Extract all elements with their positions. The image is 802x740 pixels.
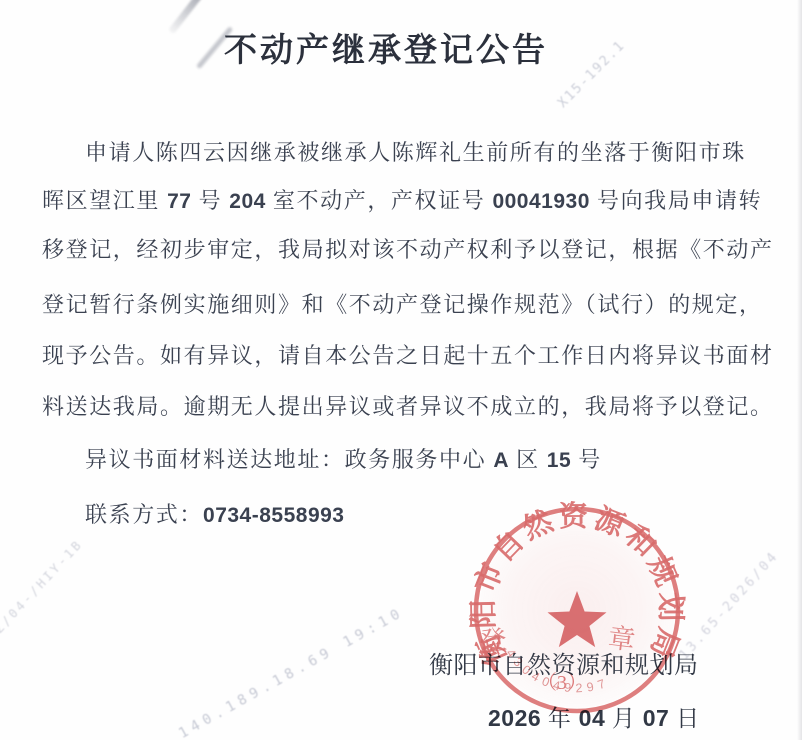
cjk-text-segment: 号向我局申请转 [590, 188, 762, 213]
contact-line: 联系方式：0734-8558993 [85, 498, 344, 529]
body-line: 现予公告。如有异议，请自本公告之日起十五个工作日内将异议书面材 [42, 339, 774, 370]
cjk-text-segment: 年 [541, 706, 579, 731]
scan-edge-shadow [797, 0, 802, 740]
body-line: 登记暂行条例实施细则》和《不动产登记操作规范》（试行）的规定， [42, 288, 763, 319]
seal-ring-text: 衡阳市自然资源和规划局 [467, 499, 688, 670]
cjk-text-segment: 晖区望江里 [42, 188, 167, 213]
latin-text-segment: 07 [643, 705, 670, 731]
latin-text-segment: 00041930 [492, 190, 589, 213]
body-line: 申请人陈四云因继承被继承人陈辉礼生前所有的坐落于衡阳市珠 [85, 136, 746, 167]
watermark-fragment: Z/04-/HIY-1B [0, 537, 86, 636]
cjk-text-segment: 区 [509, 447, 547, 472]
document-title: 不动产继承登记公告 [224, 24, 548, 71]
latin-text-segment: A [493, 449, 509, 472]
cjk-text-segment: 室不动产，产权证号 [266, 188, 493, 213]
cjk-text-segment: 登记暂行条例实施细则》和《不动产登记操作规范》（试行）的规定， [42, 292, 763, 317]
official-seal: 衡阳市自然资源和规划局 登 章 （3） 4304049297 [462, 498, 692, 728]
cjk-text-segment: 号 [571, 447, 602, 472]
seal-ring [476, 509, 678, 711]
seal-star-icon [548, 591, 607, 647]
body-line: 料送达我局。逾期无人提出异议或者异议不成立的，我局将予以登记。 [42, 390, 774, 421]
cjk-text-segment: 异议书面材料送达地址：政务服务中心 [85, 447, 493, 472]
scan-smudge [168, 0, 233, 34]
signature-organization: 衡阳市自然资源和规划局 [429, 645, 699, 680]
watermark-fragment: X15-192.1 [555, 38, 628, 111]
latin-text-segment: 2026 [488, 705, 541, 731]
cjk-text-segment: 料送达我局。逾期无人提出异议或者异议不成立的，我局将予以登记。 [42, 394, 774, 419]
cjk-text-segment: 号 [191, 188, 229, 213]
latin-text-segment: 0734-8558993 [203, 504, 344, 527]
latin-text-segment: 77 [167, 190, 191, 213]
objection-address-line: 异议书面材料送达地址：政务服务中心 A 区 15 号 [85, 443, 602, 474]
cjk-text-segment: 日 [669, 706, 700, 731]
body-line: 移登记，经初步审定，我局拟对该不动产权利予以登记，根据《不动产 [42, 233, 774, 264]
cjk-text-segment: 现予公告。如有异议，请自本公告之日起十五个工作日内将异议书面材 [42, 343, 774, 368]
signature-date: 2026 年 04 月 07 日 [488, 700, 700, 733]
latin-text-segment: 04 [579, 705, 606, 731]
cjk-text-segment: 联系方式： [85, 502, 203, 527]
cjk-text-segment: 申请人陈四云因继承被继承人陈辉礼生前所有的坐落于衡阳市珠 [85, 140, 746, 165]
body-line: 晖区望江里 77 号 204 室不动产，产权证号 00041930 号向我局申请… [42, 184, 762, 215]
seal-ring-text-holder: 衡阳市自然资源和规划局 [467, 499, 688, 670]
scanned-announcement-page: X15-192.1 Z/04-/HIY-1B 140.189.18.69 19:… [0, 0, 802, 740]
cjk-text-segment: 移登记，经初步审定，我局拟对该不动产权利予以登记，根据《不动产 [42, 237, 774, 262]
latin-text-segment: 204 [229, 190, 266, 213]
latin-text-segment: 15 [547, 449, 571, 472]
watermark-fragment: 140.189.18.69 19:10 [176, 604, 407, 740]
cjk-text-segment: 月 [605, 706, 643, 731]
